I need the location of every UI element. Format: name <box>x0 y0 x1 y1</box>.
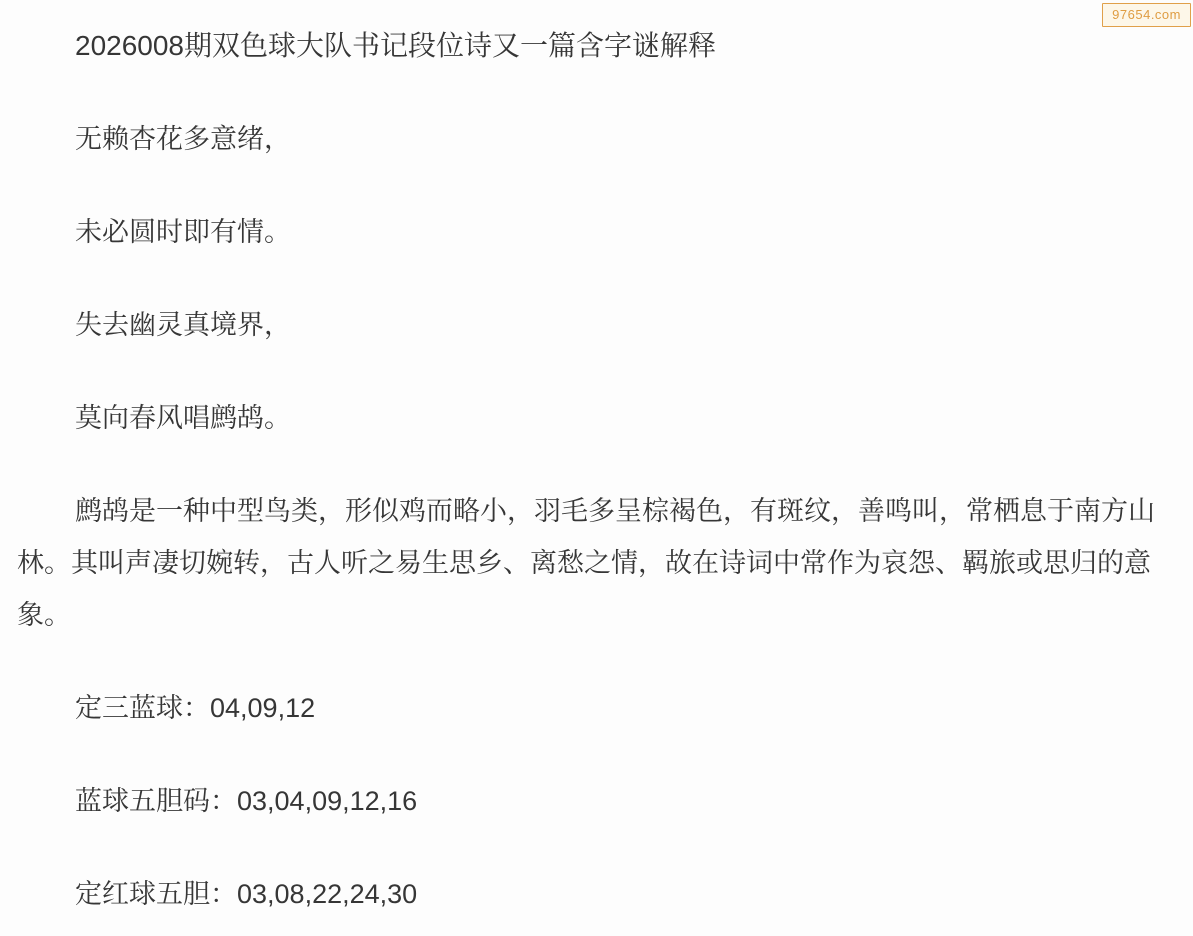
poem-line-1: 无赖杏花多意绪， <box>17 113 1159 165</box>
explanation-paragraph: 鹧鸪是一种中型鸟类，形似鸡而略小，羽毛多呈棕褐色，有斑纹，善鸣叫，常栖息于南方山… <box>17 485 1159 641</box>
prediction-line-five-red: 定红球五胆：03,08,22,24,30 <box>17 868 1159 920</box>
prediction-line-five-blue: 蓝球五胆码：03,04,09,12,16 <box>17 775 1159 827</box>
article-content: 2026008期双色球大队书记段位诗又一篇含字谜解释 无赖杏花多意绪， 未必圆时… <box>0 0 1193 920</box>
poem-line-4: 莫向春风唱鹧鸪。 <box>17 392 1159 444</box>
explanation-line-2: 林。其叫声凄切婉转，古人听之易生思乡、离愁之情，故在诗词中常作为哀怨、羁旅或思归… <box>17 537 1159 589</box>
explanation-line-1: 鹧鸪是一种中型鸟类，形似鸡而略小，羽毛多呈棕褐色，有斑纹，善鸣叫，常栖息于南方山 <box>17 485 1159 537</box>
site-watermark-text: 97654.com <box>1112 7 1181 22</box>
explanation-line-3: 象。 <box>17 589 1159 641</box>
article-title: 2026008期双色球大队书记段位诗又一篇含字谜解释 <box>17 20 1159 72</box>
article-page: 97654.com 2026008期双色球大队书记段位诗又一篇含字谜解释 无赖杏… <box>0 0 1193 936</box>
prediction-line-three-blue: 定三蓝球：04,09,12 <box>17 682 1159 734</box>
poem-line-3: 失去幽灵真境界， <box>17 299 1159 351</box>
poem-line-2: 未必圆时即有情。 <box>17 206 1159 258</box>
site-watermark-badge: 97654.com <box>1102 3 1191 27</box>
